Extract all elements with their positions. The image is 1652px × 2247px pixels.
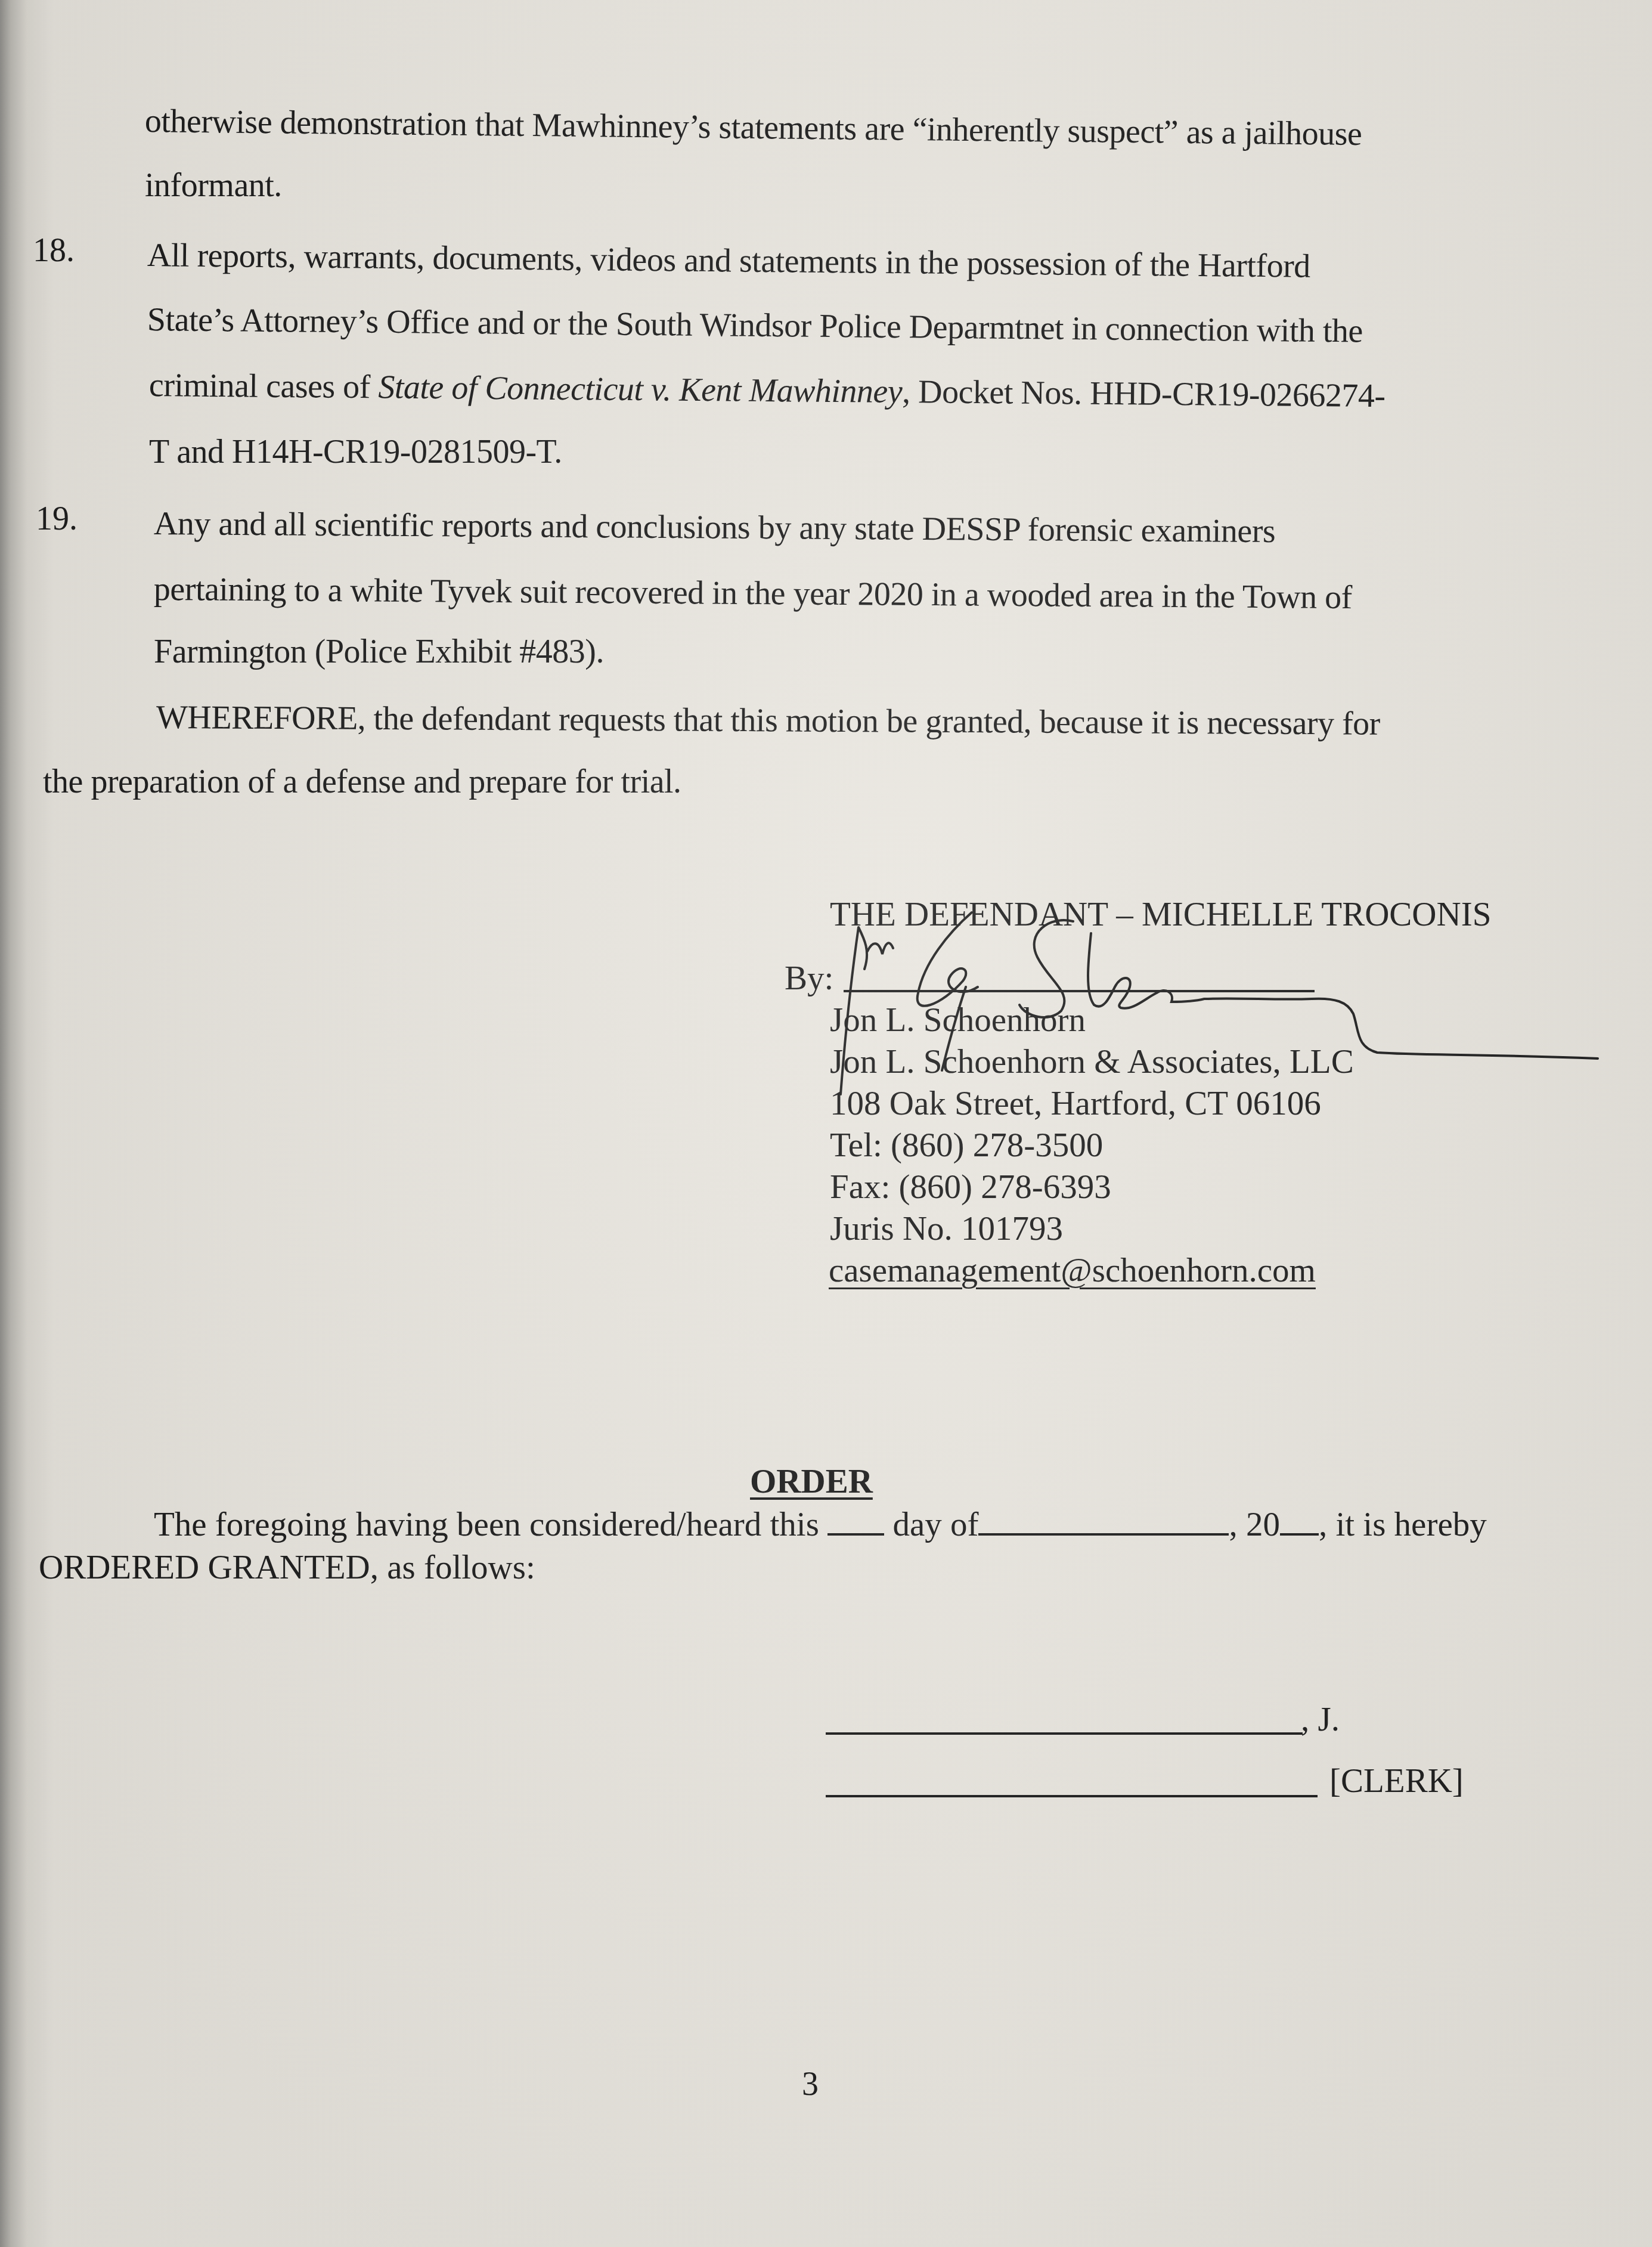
item-19-line-2: pertaining to a white Tyvek suit recover… — [154, 572, 1352, 614]
item-18-line-4: T and H14H-CR19-0281509-T. — [149, 435, 562, 469]
item-18-line-3: criminal cases of State of Connecticut v… — [149, 369, 1386, 413]
order-text-part-1: The foregoing having been considered/hea… — [154, 1506, 819, 1543]
item-18-line-3-suffix: , Docket Nos. HHD-CR19-0266274- — [902, 373, 1386, 414]
attorney-name: Jon L. Schoenhorn — [830, 1003, 1086, 1037]
month-blank[interactable] — [978, 1533, 1229, 1536]
order-text-part-4: , it is hereby — [1319, 1506, 1487, 1543]
order-text-part-3: , 20 — [1229, 1506, 1280, 1543]
juris-number: Juris No. 101793 — [830, 1212, 1063, 1246]
clerk-signature-line[interactable] — [826, 1795, 1318, 1797]
firm-address: 108 Oak Street, Hartford, CT 06106 — [830, 1087, 1321, 1121]
item-18-line-1: All reports, warrants, documents, videos… — [147, 239, 1310, 283]
continuation-line-1: otherwise demonstration that Mawhinney’s… — [145, 104, 1362, 151]
continuation-line-2: informant. — [145, 169, 282, 202]
item-19-line-1: Any and all scientific reports and concl… — [154, 507, 1276, 548]
item-19-number: 19. — [36, 502, 78, 536]
item-18-line-3-prefix: criminal cases of — [149, 367, 379, 406]
day-blank[interactable] — [827, 1533, 884, 1536]
page-number: 3 — [802, 2065, 819, 2103]
order-text-part-2: day of — [892, 1506, 978, 1543]
order-title: ORDER — [750, 1462, 873, 1501]
item-19-line-3: Farmington (Police Exhibit #483). — [154, 635, 604, 668]
firm-name: Jon L. Schoenhorn & Associates, LLC — [830, 1045, 1354, 1079]
item-18-line-2: State’s Attorney’s Office and or the Sou… — [147, 303, 1363, 348]
order-line-1: The foregoing having been considered/hea… — [154, 1508, 1487, 1542]
firm-tel: Tel: (860) 278-3500 — [830, 1128, 1103, 1162]
document-page: otherwise demonstration that Mawhinney’s… — [0, 0, 1652, 2247]
item-18-number: 18. — [33, 234, 75, 267]
judge-suffix: , J. — [1301, 1703, 1340, 1737]
judge-signature-line[interactable] — [826, 1732, 1303, 1735]
wherefore-line-1: WHEREFORE, the defendant requests that t… — [156, 701, 1380, 741]
order-line-2: ORDERED GRANTED, as follows: — [39, 1550, 535, 1584]
case-name: State of Connecticut v. Kent Mawhinney — [378, 369, 902, 410]
firm-fax: Fax: (860) 278-6393 — [830, 1170, 1111, 1204]
year-blank[interactable] — [1280, 1533, 1319, 1536]
wherefore-line-2: the preparation of a defense and prepare… — [43, 765, 681, 798]
clerk-label: [CLERK] — [1329, 1764, 1464, 1798]
email-link[interactable]: casemanagement@schoenhorn.com — [829, 1254, 1316, 1287]
